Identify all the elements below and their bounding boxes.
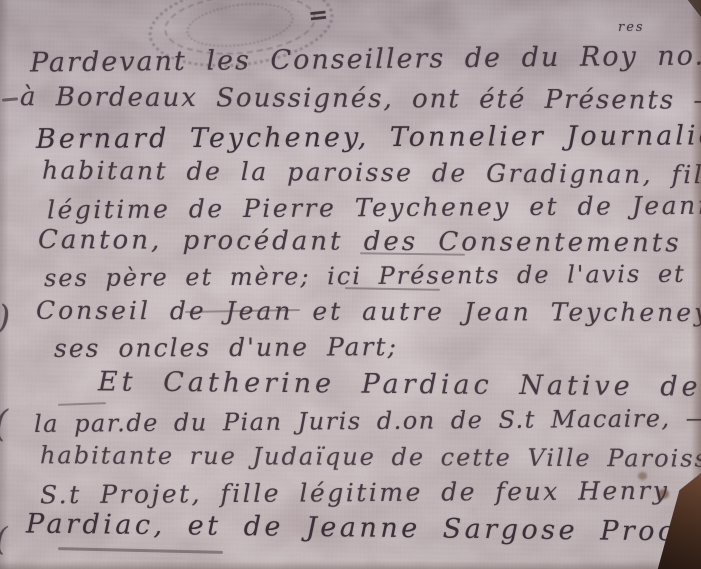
left-mark-1: ) — [0, 298, 10, 338]
manuscript-line-4: habitant de la paroisse de Gradignan, fi… — [42, 156, 701, 190]
margin-dash — [2, 97, 18, 101]
page-edge-bottom — [0, 561, 701, 569]
manuscript-line-14: Pardiac, et de Jeanne Sargose Procedant — [26, 508, 701, 548]
page-edge-left — [0, 0, 9, 569]
equals-mark: = — [307, 0, 330, 30]
manuscript-line-10: Et Catherine Pardiac Native de — [98, 366, 701, 402]
manuscript-line-5: légitime de Pierre Teycheney et de Jeann… — [47, 191, 701, 225]
left-mark-3: ( — [0, 520, 7, 558]
left-mark-2: ( — [0, 404, 8, 445]
manuscript-line-13: S.t Projet, fille légitime de feux Henry… — [40, 476, 701, 510]
ink-underline-presents — [345, 287, 440, 291]
manuscript-line-9: ses oncles d'une Part; — [54, 332, 398, 363]
manuscript-line-3: Bernard Teycheney, Tonnelier Journalier, — [36, 120, 701, 155]
manuscript-page: D E D = res ) ( ( Pardevant les Conseill… — [0, 0, 701, 569]
page-corner-top-right — [677, 0, 701, 17]
superscript-res: res — [618, 20, 645, 35]
manuscript-line-8: Conseil de Jean et autre Jean Teycheney … — [36, 296, 701, 328]
manuscript-line-2: à Bordeaux Soussignés, ont été Présents … — [20, 82, 701, 116]
ink-underline-pardiac — [58, 547, 223, 553]
manuscript-line-1: Pardevant les Conseillers de du Roy no. — [30, 40, 701, 78]
manuscript-line-12: habitante rue Judaïque de cette Ville Pa… — [40, 441, 701, 473]
manuscript-line-11: la par.de du Pian Juris d.on de S.t Maca… — [34, 404, 701, 438]
abbreviation-macron — [58, 402, 106, 405]
